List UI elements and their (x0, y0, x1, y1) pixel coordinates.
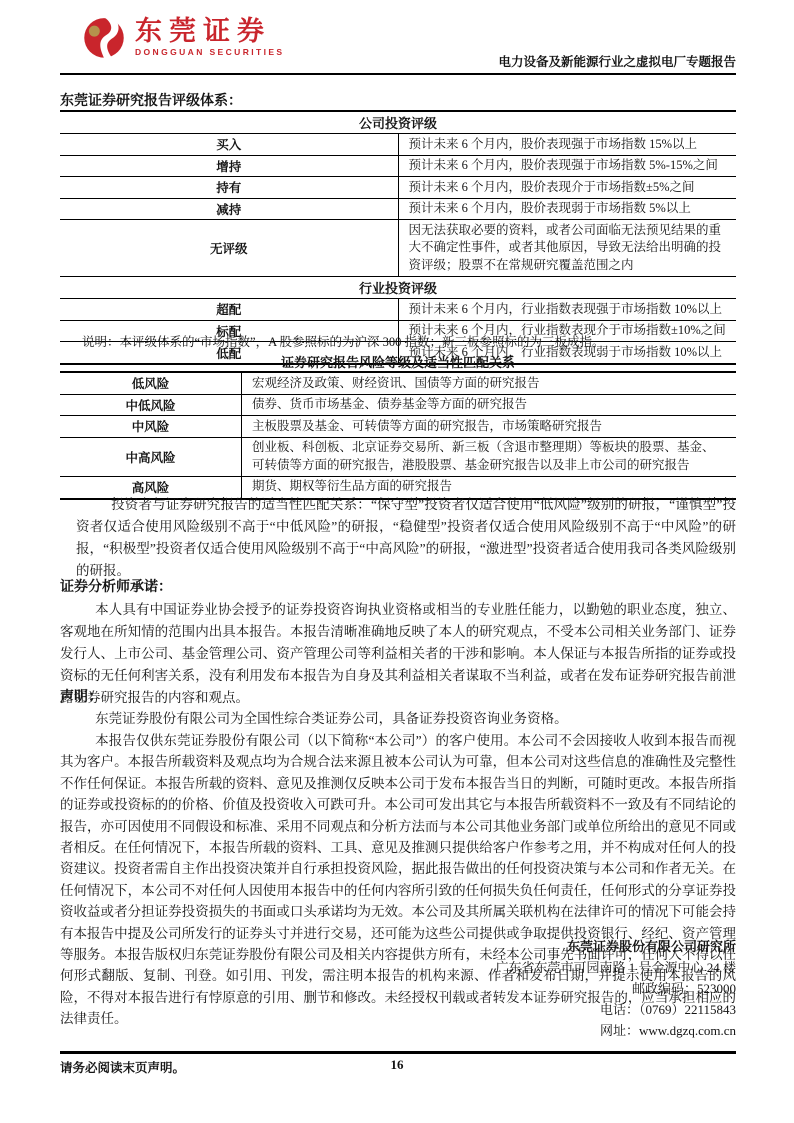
risk-level-table: 低风险 宏观经济及政策、财经资讯、国债等方面的研究报告 中低风险 债券、货币市场… (60, 371, 736, 500)
risk-desc: 宏观经济及政策、财经资讯、国债等方面的研究报告 (242, 372, 737, 394)
logo-text-en: DONGGUAN SECURITIES (135, 47, 285, 57)
statement-title: 声明： (60, 686, 736, 706)
rating-desc: 预计未来 6 个月内，股价表现介于市场指数±5%之间 (398, 177, 736, 199)
risk-table-caption: 证券研究报告风险等级及适当性匹配关系 (60, 352, 736, 371)
risk-label: 中高风险 (60, 437, 242, 476)
rating-label: 无评级 (60, 220, 398, 277)
rating-desc: 预计未来 6 个月内，股价表现强于市场指数 5%-15%之间 (398, 155, 736, 177)
institute-phone: 电话：（0769）22115843 (60, 999, 736, 1020)
rating-label: 持有 (60, 177, 398, 199)
footer-divider (60, 1051, 736, 1054)
rating-label: 增持 (60, 155, 398, 177)
table-row: 中风险 主板股票及基金、可转债等方面的研究报告，市场策略研究报告 (60, 416, 736, 438)
risk-desc: 创业板、科创板、北京证券交易所、新三板（含退市整理期）等板块的股票、基金、可转债… (242, 437, 737, 476)
rating-table-wrap: 公司投资评级 买入 预计未来 6 个月内，股价表现强于市场指数 15%以上 增持… (60, 110, 736, 365)
page-header: 东莞证券 DONGGUAN SECURITIES 电力设备及新能源行业之虚拟电厂… (60, 0, 736, 75)
risk-table-wrap: 低风险 宏观经济及政策、财经资讯、国债等方面的研究报告 中低风险 债券、货币市场… (60, 371, 736, 500)
table-row: 中高风险 创业板、科创板、北京证券交易所、新三板（含退市整理期）等板块的股票、基… (60, 437, 736, 476)
risk-desc: 主板股票及基金、可转债等方面的研究报告，市场策略研究报告 (242, 416, 737, 438)
dongguan-securities-logo-icon (82, 16, 126, 58)
table-section-header-row: 行业投资评级 (60, 277, 736, 299)
rating-desc: 预计未来 6 个月内，股价表现强于市场指数 15%以上 (398, 134, 736, 156)
company-logo: 东莞证券 DONGGUAN SECURITIES (82, 16, 285, 58)
institute-postal-code: 邮政编码：523000 (60, 978, 736, 999)
table-row: 增持 预计未来 6 个月内，股价表现强于市场指数 5%-15%之间 (60, 155, 736, 177)
institute-name: 东莞证券股份有限公司研究所 (60, 936, 736, 957)
table-row: 持有 预计未来 6 个月内，股价表现介于市场指数±5%之间 (60, 177, 736, 199)
table-row: 超配 预计未来 6 个月内，行业指数表现强于市场指数 10%以上 (60, 299, 736, 321)
table-row: 中低风险 债券、货币市场基金、债券基金等方面的研究报告 (60, 394, 736, 416)
risk-label: 中风险 (60, 416, 242, 438)
risk-desc: 债券、货币市场基金、债券基金等方面的研究报告 (242, 394, 737, 416)
risk-label: 低风险 (60, 372, 242, 394)
rating-label: 买入 (60, 134, 398, 156)
table-row: 买入 预计未来 6 个月内，股价表现强于市场指数 15%以上 (60, 134, 736, 156)
table-row: 低风险 宏观经济及政策、财经资讯、国债等方面的研究报告 (60, 372, 736, 394)
rating-desc: 预计未来 6 个月内，股价表现弱于市场指数 5%以上 (398, 198, 736, 220)
institute-contact-block: 东莞证券股份有限公司研究所 广东省东莞市可园南路 1 号金源中心 24 楼 邮政… (60, 936, 736, 1041)
risk-label: 中低风险 (60, 394, 242, 416)
rating-system-title: 东莞证券研究报告评级体系： (60, 90, 736, 110)
company-rating-header: 公司投资评级 (60, 111, 736, 134)
institute-website: 网址：www.dgzq.com.cn (60, 1020, 736, 1041)
logo-text-cn: 东莞证券 (135, 16, 285, 46)
company-industry-rating-table: 公司投资评级 买入 预计未来 6 个月内，股价表现强于市场指数 15%以上 增持… (60, 110, 736, 365)
industry-rating-header: 行业投资评级 (60, 277, 736, 299)
statement-paragraph-1: 东莞证券股份有限公司为全国性综合类证券公司，具备证券投资咨询业务资格。 (60, 708, 736, 730)
page-number: 16 (391, 1057, 404, 1073)
table-section-header-row: 公司投资评级 (60, 111, 736, 134)
report-page: 东莞证券 DONGGUAN SECURITIES 电力设备及新能源行业之虚拟电厂… (0, 0, 794, 1123)
report-title: 电力设备及新能源行业之虚拟电厂专题报告 (498, 52, 736, 70)
rating-label: 超配 (60, 299, 398, 321)
institute-address: 广东省东莞市可园南路 1 号金源中心 24 楼 (60, 957, 736, 978)
rating-note: 说明：本评级体系的“市场指数”，A 股参照标的为沪深 300 指数；新三板参照标… (60, 332, 736, 350)
rating-label: 减持 (60, 198, 398, 220)
rating-desc: 因无法获取必要的资料，或者公司面临无法预见结果的重大不确定性事件，或者其他原因，… (398, 220, 736, 277)
analyst-commitment-title: 证券分析师承诺： (60, 576, 736, 596)
rating-desc: 预计未来 6 个月内，行业指数表现强于市场指数 10%以上 (398, 299, 736, 321)
table-row: 减持 预计未来 6 个月内，股价表现弱于市场指数 5%以上 (60, 198, 736, 220)
table-row: 无评级 因无法获取必要的资料，或者公司面临无法预见结果的重大不确定性事件，或者其… (60, 220, 736, 277)
suitability-paragraph: 投资者与证券研究报告的适当性匹配关系：“保守型”投资者仅适合使用“低风险”级别的… (76, 494, 736, 582)
logo-text: 东莞证券 DONGGUAN SECURITIES (135, 16, 285, 57)
